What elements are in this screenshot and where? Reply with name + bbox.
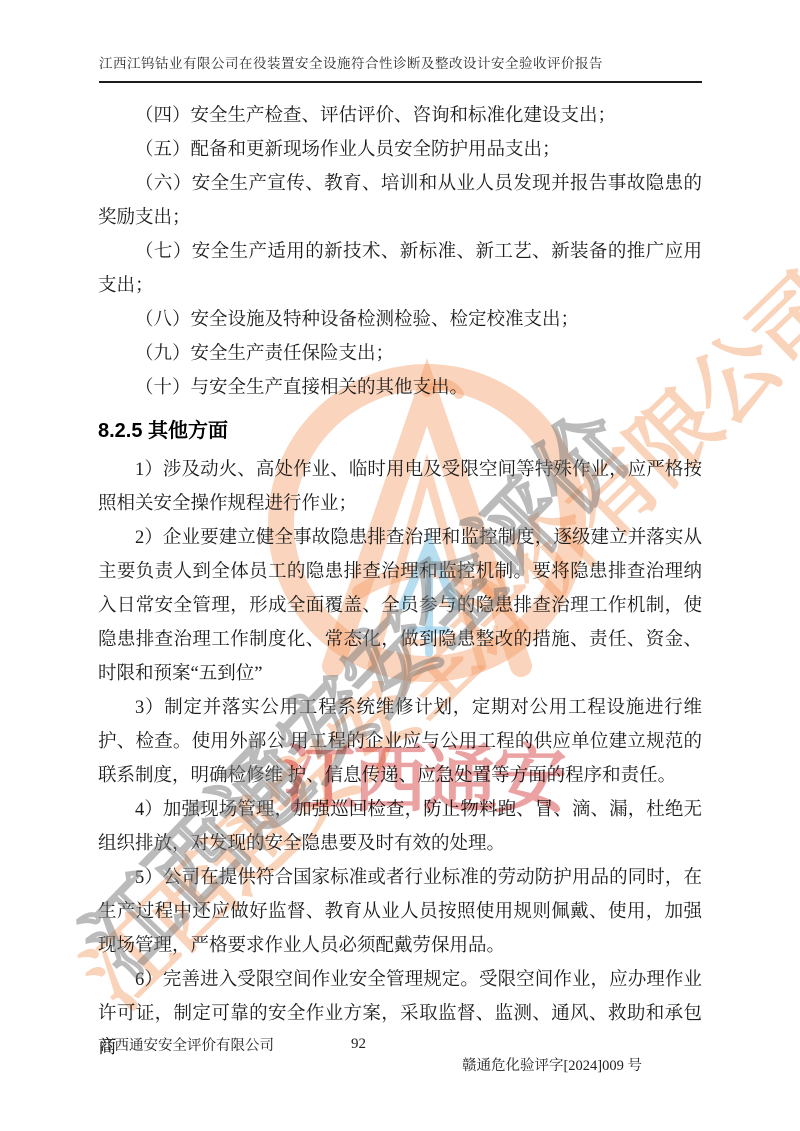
paragraph: （十）与安全生产直接相关的其他支出。 <box>98 371 702 405</box>
footer-doc-number: 赣通危化验评字[2024]009 号 <box>462 1054 642 1075</box>
paragraph: （五）配备和更新现场作业人员安全防护用品支出； <box>98 133 702 167</box>
paragraph: 3）制定并落实公用工程系统维修计划，定期对公用工程设施进行维护、检查。使用外部公… <box>98 691 702 793</box>
paragraph: 5）公司在提供符合国家标准或者行业标准的劳动防护用品的同时，在生产过程中还应做好… <box>98 861 702 963</box>
report-page: 江西通安安全评价有限公司 江西江钨钴业有限公司在役装置安全设施符合性诊断及整改设… <box>0 0 800 1131</box>
paragraph: （九）安全生产责任保险支出； <box>98 337 702 371</box>
paragraph: （八）安全设施及特种设备检测检验、检定校准支出； <box>98 303 702 337</box>
paragraph: 2）企业要建立健全事故隐患排查治理和监控制度，逐级建立并落实从主要负责人到全体员… <box>98 521 702 691</box>
paragraph: 4）加强现场管理，加强巡回检查，防止物料跑、冒、滴、漏，杜绝无 组织排放，对发现… <box>98 793 702 861</box>
paragraph: 1）涉及动火、高处作业、临时用电及受限空间等特殊作业，应严格按照相关安全操作规程… <box>98 453 702 521</box>
page-header-title: 江西江钨钴业有限公司在役装置安全设施符合性诊断及整改设计安全验收评价报告 <box>99 54 702 83</box>
document-body: （四）安全生产检查、评估评价、咨询和标准化建设支出； （五）配备和更新现场作业人… <box>98 99 702 1065</box>
footer-page-number: 92 <box>351 1036 366 1053</box>
footer-company: 江西通安安全评价有限公司 <box>100 1034 274 1055</box>
paragraph: （六）安全生产宣传、教育、培训和从业人员发现并报告事故隐患的奖励支出； <box>98 167 702 235</box>
paragraph: （四）安全生产检查、评估评价、咨询和标准化建设支出； <box>98 99 702 133</box>
paragraph: （七）安全生产适用的新技术、新标准、新工艺、新装备的推广应用支出； <box>98 235 702 303</box>
section-heading: 8.2.5 其他方面 <box>98 416 702 446</box>
